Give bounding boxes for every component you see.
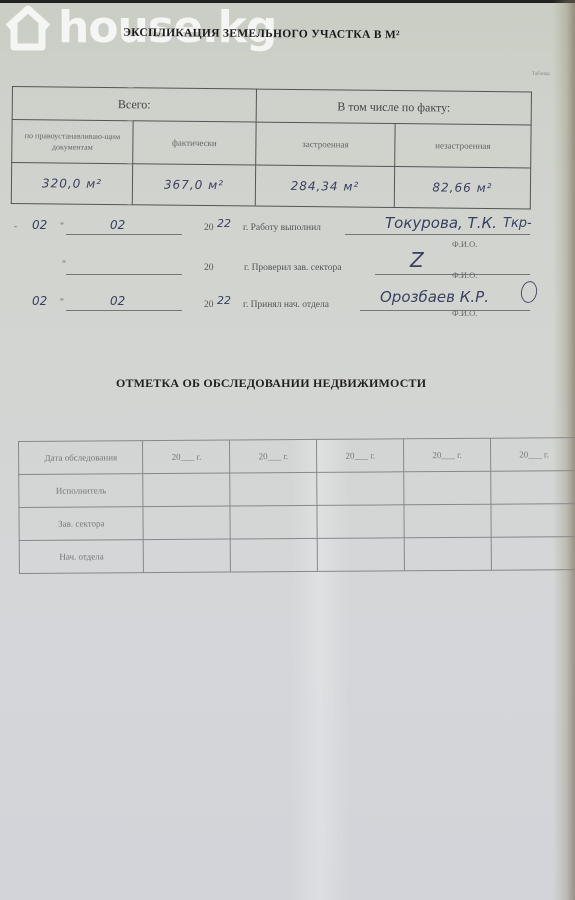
month: 02 [110, 218, 125, 232]
survey-row-executor: Исполнитель [19, 471, 575, 508]
header-fact: В том числе по факту: [256, 89, 531, 125]
survey-row-department-head: Нач. отдела [19, 537, 575, 574]
survey-row-date: Дата обследования 20___ г. 20___ г. 20__… [19, 438, 575, 475]
col-documents: по правоустанавливаю-щим документам [12, 120, 133, 164]
label-accepted: г. Принял нач. отдела [243, 300, 329, 310]
handwritten-name: Токурова, Т.К. [385, 214, 497, 232]
day: 02 [32, 294, 47, 308]
page-title: ЭКСПЛИКАЦИЯ ЗЕМЕЛЬНОГО УЧАСТКА В М² [123, 27, 400, 41]
signature: Ткр- [503, 216, 532, 231]
signature: Z [410, 248, 424, 272]
label-performed: г. Работу выполнил [243, 223, 321, 233]
header-total: Всего: [12, 87, 256, 123]
signature-row-accepted: 02 " 02 20 22 г. Принял нач. отдела Ороз… [0, 292, 575, 320]
month: 02 [110, 294, 125, 308]
survey-row-sector-head: Зав. сектора [19, 504, 575, 541]
house-icon [4, 5, 52, 51]
value-documents: 320,0 м² [11, 163, 132, 205]
value-actual: 367,0 м² [132, 164, 255, 206]
signature-row-performed: - 02 " 02 20 22 г. Работу выполнил Токур… [0, 216, 575, 244]
col-built: застроенная [256, 122, 395, 166]
survey-table: Дата обследования 20___ г. 20___ г. 20__… [18, 437, 575, 574]
handwritten-name: Орозбаев К.Р. [380, 288, 489, 306]
col-unbuilt: незастроенная [395, 124, 531, 168]
explication-table: Всего: В том числе по факту: по правоуст… [11, 86, 532, 209]
survey-title: ОТМЕТКА ОБ ОБСЛЕДОВАНИИ НЕДВИЖИМОСТИ [116, 376, 426, 391]
col-actual: фактически [133, 121, 256, 165]
document-page: house.kg ЭКСПЛИКАЦИЯ ЗЕМЕЛЬНОГО УЧАСТКА … [0, 0, 575, 900]
label-checked: г. Проверил зав. сектора [244, 263, 342, 273]
day: 02 [32, 218, 47, 232]
corner-note: Таблица [532, 72, 550, 77]
value-built: 284,34 м² [255, 165, 394, 207]
signature-row-checked: " 20 г. Проверил зав. сектора Z Ф.И.О. [0, 256, 575, 284]
value-unbuilt: 82,66 м² [394, 167, 530, 209]
